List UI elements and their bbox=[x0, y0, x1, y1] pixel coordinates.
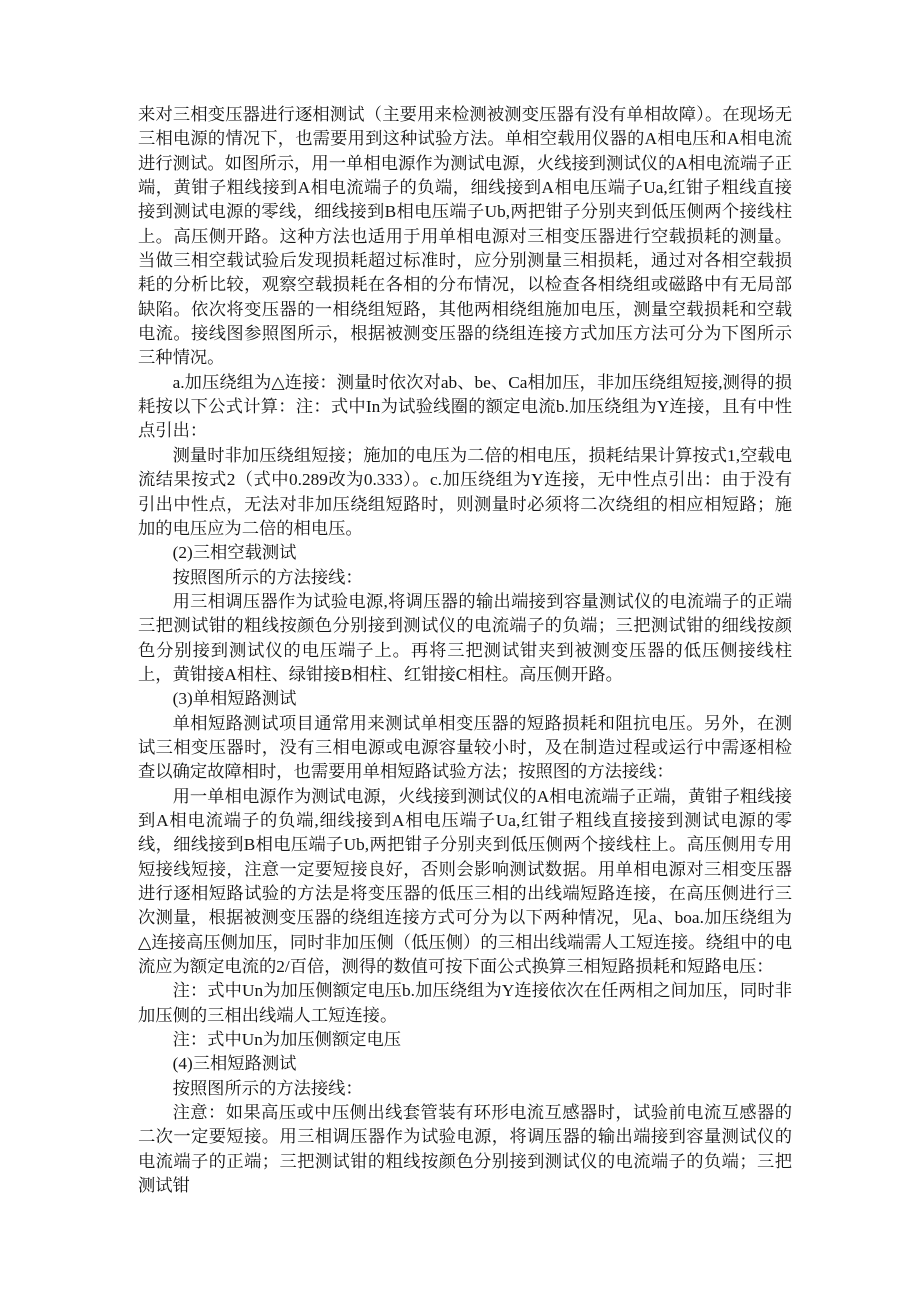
paragraph: 注：式中Un为加压侧额定电压 bbox=[138, 1028, 792, 1052]
paragraph: 用三相调压器作为试验电源,将调压器的输出端接到容量测试仪的电流端子的正端三把测试… bbox=[138, 590, 792, 687]
document-page: 来对三相变压器进行逐相测试（主要用来检测被测变压器有没有单相故障）。在现场无三相… bbox=[138, 103, 792, 1198]
section-heading-2: (2)三相空载测试 bbox=[138, 541, 792, 565]
paragraph: 单相短路测试项目通常用来测试单相变压器的短路损耗和阻抗电压。另外，在测试三相变压… bbox=[138, 712, 792, 785]
paragraph: 注：式中Un为加压侧额定电压b.加压绕组为Y连接依次在任两相之间加压，同时非加压… bbox=[138, 979, 792, 1028]
paragraph: a.加压绕组为△连接：测量时依次对ab、be、Ca相加压，非加压绕组短接,测得的… bbox=[138, 371, 792, 444]
paragraph: 按照图所示的方法接线： bbox=[138, 1077, 792, 1101]
section-heading-4: (4)三相短路测试 bbox=[138, 1052, 792, 1076]
section-heading-3: (3)单相短路测试 bbox=[138, 687, 792, 711]
paragraph: 测量时非加压绕组短接；施加的电压为二倍的相电压，损耗结果计算按式1,空载电流结果… bbox=[138, 444, 792, 541]
paragraph: 按照图所示的方法接线： bbox=[138, 566, 792, 590]
paragraph: 用一单相电源作为测试电源，火线接到测试仪的A相电流端子正端，黄钳子粗线接到A相电… bbox=[138, 785, 792, 980]
paragraph: 来对三相变压器进行逐相测试（主要用来检测被测变压器有没有单相故障）。在现场无三相… bbox=[138, 103, 792, 371]
paragraph: 注意：如果高压或中压侧出线套管装有环形电流互感器时，试验前电流互感器的二次一定要… bbox=[138, 1101, 792, 1198]
